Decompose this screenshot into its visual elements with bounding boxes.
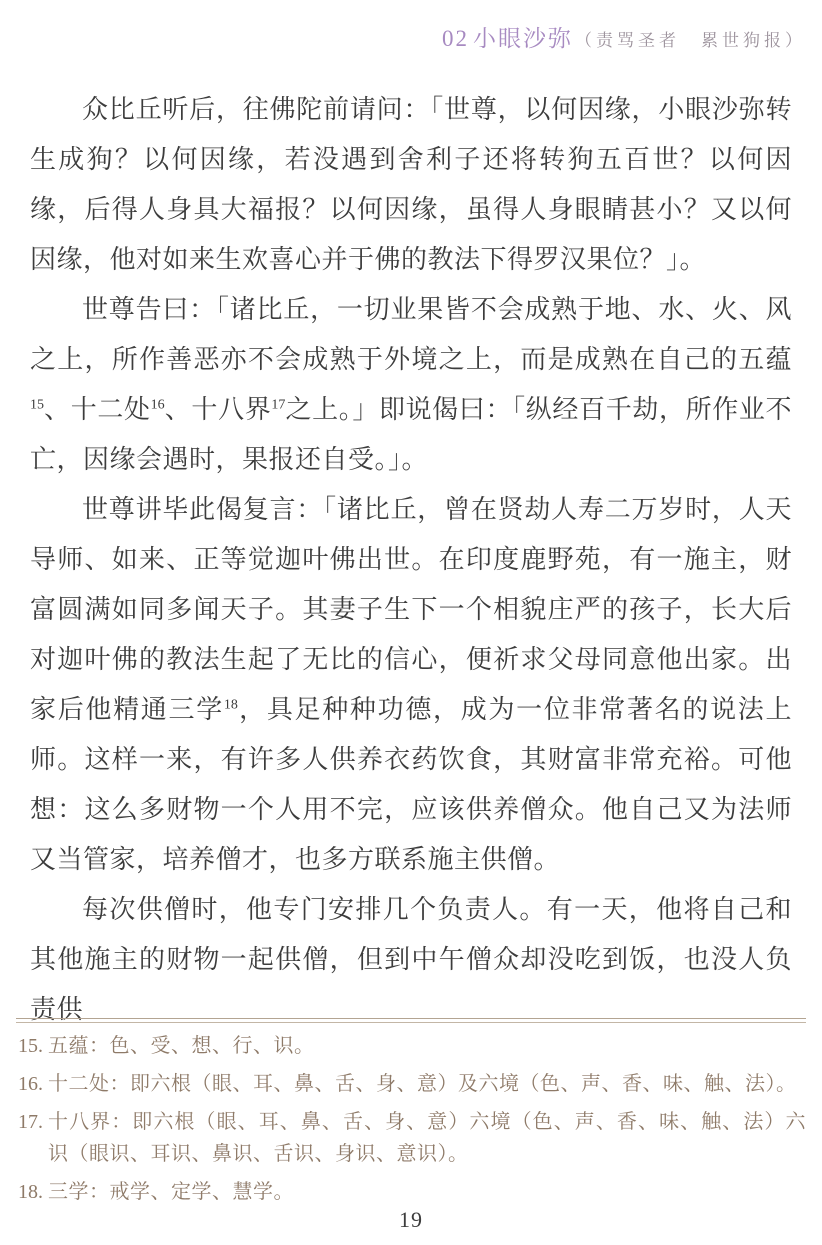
paragraph: 世尊讲毕此偈复言：「诸比丘，曾在贤劫人寿二万岁时，人天导师、如来、正等觉迦叶佛出… — [30, 485, 792, 885]
footnote-item: 16.十二处：即六根（眼、耳、鼻、舌、身、意）及六境（色、声、香、味、触、法）。 — [18, 1068, 806, 1100]
page-number: 19 — [399, 1207, 423, 1232]
footnote-text: 十八界：即六根（眼、耳、鼻、舌、身、意）六境（色、声、香、味、触、法）六识（眼识… — [48, 1106, 806, 1170]
footnote-item: 18.三学：戒学、定学、慧学。 — [18, 1176, 806, 1208]
footnote-text: 五蕴：色、受、想、行、识。 — [48, 1030, 806, 1062]
running-head: 02小眼沙弥（责骂圣者 累世狗报） — [442, 20, 806, 53]
footnote-ref: 16 — [151, 397, 165, 412]
footnote-item: 15.五蕴：色、受、想、行、识。 — [18, 1030, 806, 1062]
footnote-number: 16. — [18, 1068, 48, 1100]
book-page: 02小眼沙弥（责骂圣者 累世狗报） 众比丘听后，往佛陀前请问：「世尊，以何因缘，… — [0, 0, 822, 1245]
page-footer: 19 — [0, 1207, 822, 1233]
paragraph: 每次供僧时，他专门安排几个负责人。有一天，他将自己和其他施主的财物一起供僧，但到… — [30, 885, 792, 1035]
chapter-number: 02 — [442, 26, 469, 51]
footnote-number: 17. — [18, 1106, 48, 1138]
chapter-title: 小眼沙弥 — [473, 26, 573, 51]
footnote-number: 15. — [18, 1030, 48, 1062]
paragraph: 世尊告曰：「诸比丘，一切业果皆不会成熟于地、水、火、风之上，所作善恶亦不会成熟于… — [30, 285, 792, 485]
footnote-item: 17.十八界：即六根（眼、耳、鼻、舌、身、意）六境（色、声、香、味、触、法）六识… — [18, 1106, 806, 1170]
footnote-text: 三学：戒学、定学、慧学。 — [48, 1176, 806, 1208]
footnote-ref: 17 — [271, 397, 285, 412]
footnote-ref: 18 — [224, 697, 238, 712]
footnote-text: 十二处：即六根（眼、耳、鼻、舌、身、意）及六境（色、声、香、味、触、法）。 — [48, 1068, 806, 1100]
body-text: 众比丘听后，往佛陀前请问：「世尊，以何因缘，小眼沙弥转生成狗？以何因缘，若没遇到… — [30, 85, 792, 1035]
footnote-divider — [16, 1018, 806, 1023]
footnote-number: 18. — [18, 1176, 48, 1208]
chapter-subtitle: （责骂圣者 累世狗报） — [575, 31, 806, 50]
paragraph: 众比丘听后，往佛陀前请问：「世尊，以何因缘，小眼沙弥转生成狗？以何因缘，若没遇到… — [30, 85, 792, 285]
footnote-ref: 15 — [30, 397, 44, 412]
footnotes: 15.五蕴：色、受、想、行、识。16.十二处：即六根（眼、耳、鼻、舌、身、意）及… — [18, 1030, 806, 1214]
